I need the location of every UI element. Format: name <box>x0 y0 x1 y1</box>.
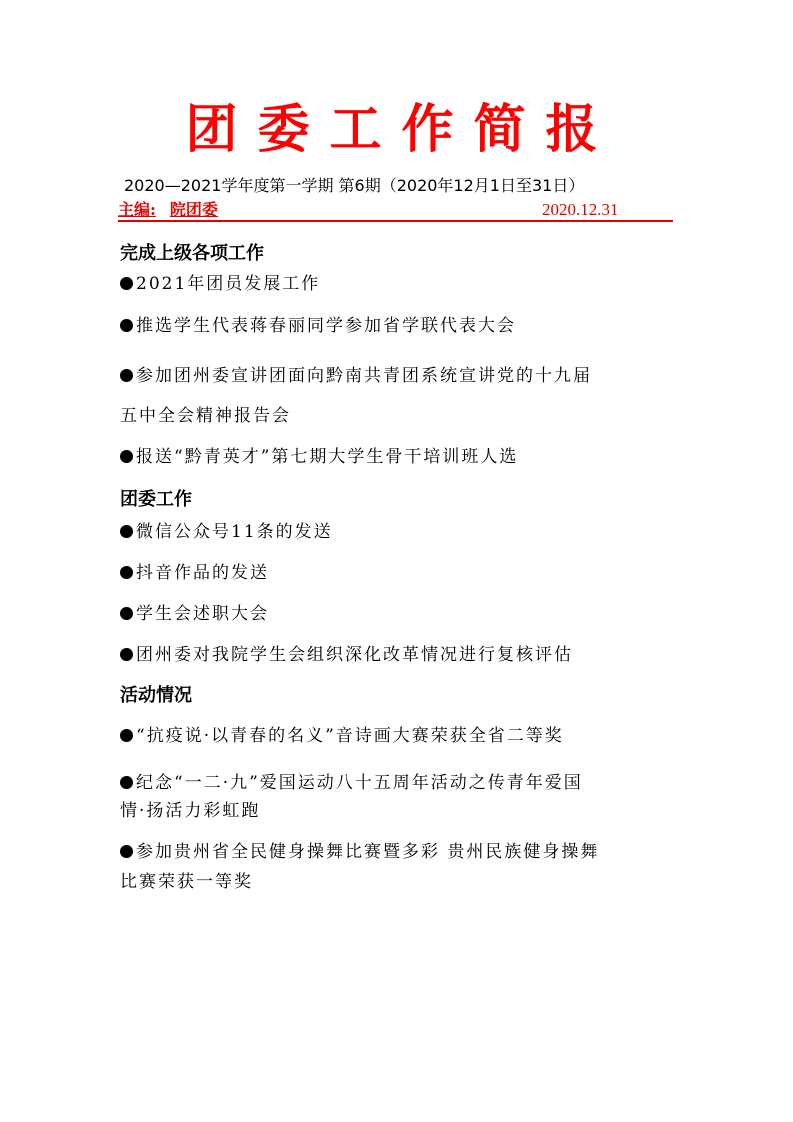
bullet-icon <box>120 525 133 538</box>
bullet-icon <box>120 566 133 579</box>
list-item-continuation: 情·扬活力彩虹跑 <box>120 799 260 823</box>
bulletin-page: 团委工作简报 2020—2021学年度第一学期 第6期（2020年12月1日至3… <box>0 0 793 1122</box>
bullet-icon <box>120 369 133 382</box>
editor-line: 主编:院团委 2020.12.31 <box>118 200 673 222</box>
bulletin-title: 团委工作简报 <box>0 98 793 162</box>
bullet-icon <box>120 776 133 789</box>
issue-subtitle: 2020—2021学年度第一学期 第6期（2020年12月1日至31日） <box>124 176 584 196</box>
list-item: 微信公众号11条的发送 <box>120 520 333 544</box>
editor-name: 院团委 <box>170 200 218 219</box>
section-heading: 活动情况 <box>120 684 192 708</box>
bullet-icon <box>120 277 133 290</box>
list-item: 参加贵州省全民健身操舞比赛暨多彩 贵州民族健身操舞 <box>120 840 599 864</box>
list-item: 报送“黔青英才”第七期大学生骨干培训班人选 <box>120 445 518 469</box>
list-item: 团州委对我院学生会组织深化改革情况进行复核评估 <box>120 643 573 667</box>
list-item: 参加团州委宣讲团面向黔南共青团系统宣讲党的十九届 <box>120 364 592 388</box>
section-heading: 团委工作 <box>120 488 192 512</box>
bullet-icon <box>120 648 133 661</box>
bullet-icon <box>120 607 133 620</box>
bullet-icon <box>120 319 133 332</box>
list-item: 推选学生代表蒋春丽同学参加省学联代表大会 <box>120 314 516 338</box>
issue-date: 2020.12.31 <box>542 200 619 220</box>
list-item: 抖音作品的发送 <box>120 561 269 585</box>
bullet-icon <box>120 845 133 858</box>
list-item: “抗疫说·以青春的名义”音诗画大赛荣获全省二等奖 <box>120 724 564 748</box>
list-item: 纪念“一二·九”爱国运动八十五周年活动之传青年爱国 <box>120 771 583 795</box>
section-heading: 完成上级各项工作 <box>120 242 264 266</box>
list-item-continuation: 五中全会精神报告会 <box>120 404 291 428</box>
bullet-icon <box>120 450 133 463</box>
editor-info: 主编:院团委 <box>118 200 218 220</box>
bullet-icon <box>120 729 133 742</box>
list-item-continuation: 比赛荣获一等奖 <box>120 870 253 894</box>
editor-label: 主编: <box>118 200 156 219</box>
list-item: 2021年团员发展工作 <box>120 272 320 296</box>
list-item: 学生会述职大会 <box>120 602 269 626</box>
